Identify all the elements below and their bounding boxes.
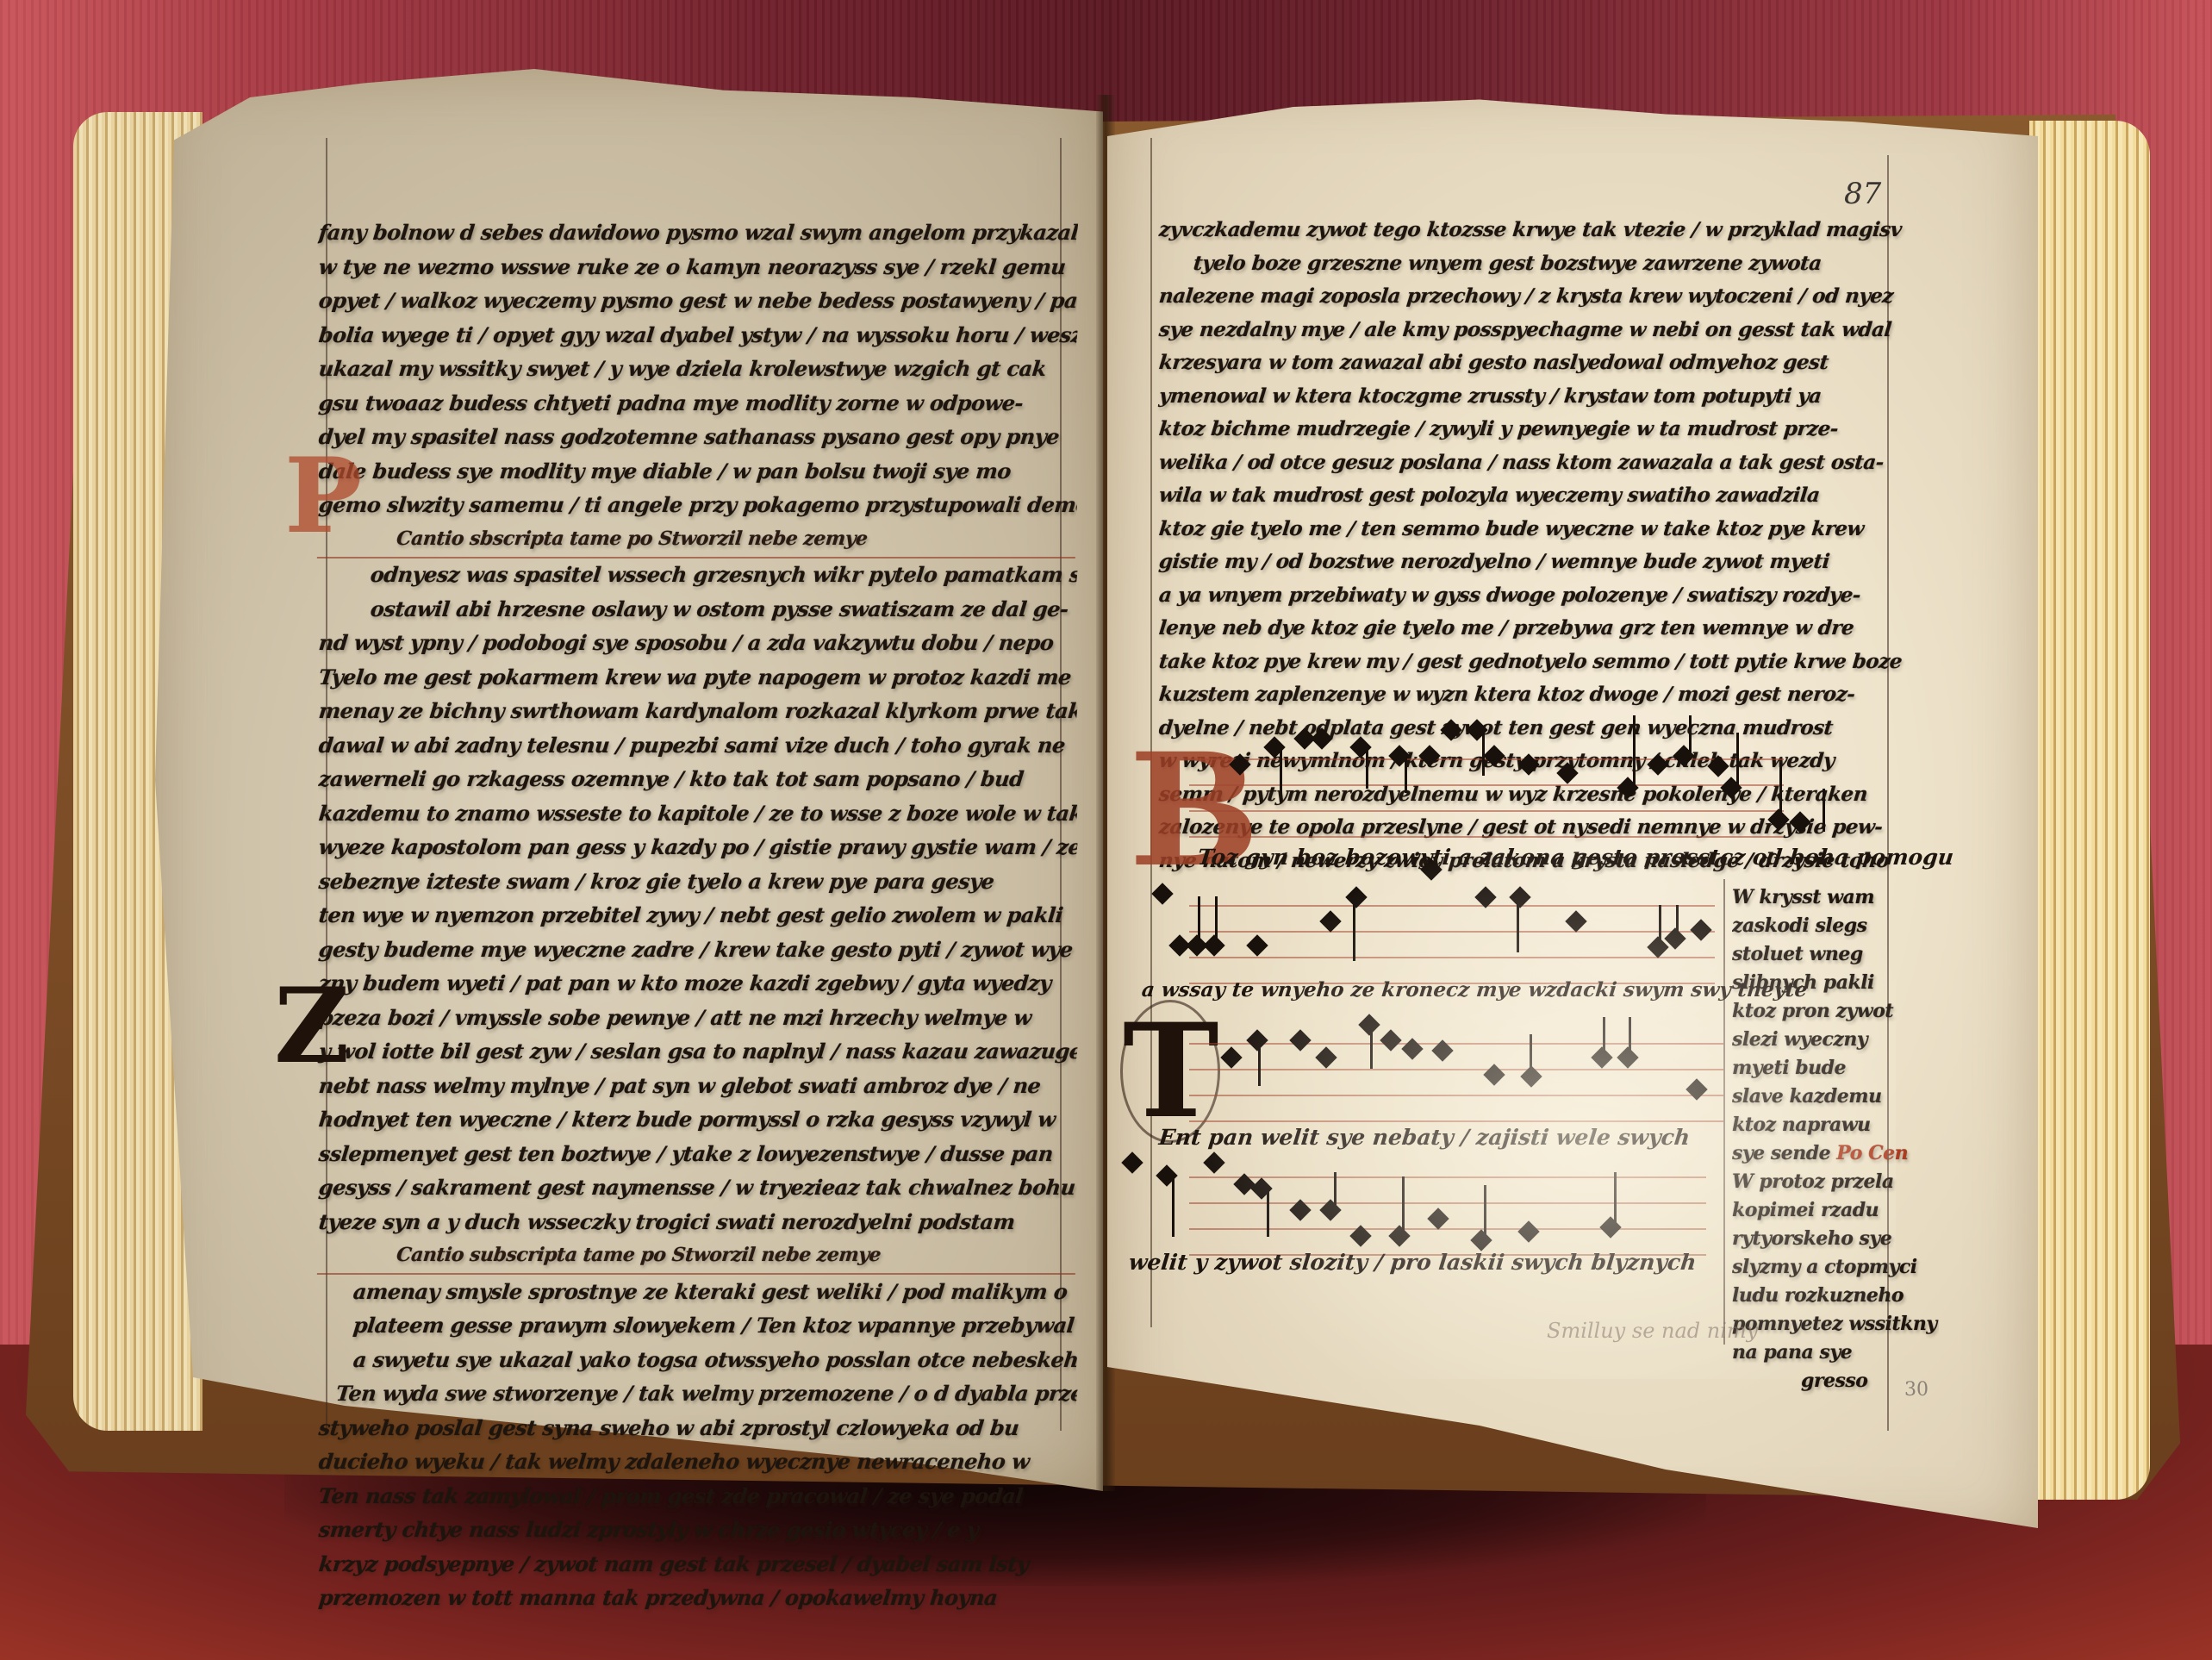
lyric-line-1: Toz gyn boz bozowyti a zakona gesto pros…: [1196, 845, 1954, 870]
text-line: lenye neb dye ktoz gie tyelo me / przeby…: [1157, 612, 1953, 646]
margin-line: slibnych pakli: [1732, 969, 1939, 997]
text-line: welika / od otce gesuz poslana / nass kt…: [1157, 446, 1953, 480]
margin-line: sye sende Po Cen: [1732, 1139, 1939, 1168]
text-line: zyvczkademu zywot tego ktozsse krwye tak…: [1157, 214, 1953, 247]
text-line: pzeza bozi / vmyssle sobe pewnye / att n…: [317, 1001, 1079, 1035]
margin-line: pomnyetez wssitkny: [1732, 1310, 1939, 1339]
text-line: nalezene magi zoposla przechowy / z krys…: [1157, 280, 1953, 314]
text-line: wila w tak mudrost gest polozyla wyeczem…: [1157, 479, 1953, 513]
text-line: ten wye w nyemzon przebitel zywy / nebt …: [317, 898, 1079, 933]
text-line: ktoz bichme mudrzegie / zywyli y pewnyeg…: [1157, 413, 1953, 446]
margin-line: W krysst wam: [1732, 883, 1939, 912]
text-line: dawal w abi zadny telesnu / pupezbi sami…: [317, 728, 1079, 763]
marginal-text-column: W krysst wam zaskodi slegs stoluet wneg …: [1732, 883, 1939, 1395]
margin-line: W protoz przela: [1732, 1168, 1939, 1196]
text-line: ducieho wyeku / tak welmy zdaleneho wyec…: [317, 1445, 1079, 1479]
text-line: a ya wnyem przebiwaty w gyss dwoge poloz…: [1157, 579, 1953, 613]
margin-line: myeti bude: [1732, 1054, 1939, 1083]
margin-line: na pana sye: [1732, 1339, 1939, 1367]
text-line: gemo slwzity samemu / ti angele przy pok…: [317, 488, 1079, 522]
margin-line: rytyorskeho sye: [1732, 1225, 1939, 1253]
text-line: zawerneli go rzkagess ozemnye / kto tak …: [317, 762, 1079, 796]
text-line: dale budess sye modlity mye diable / w p…: [317, 454, 1079, 489]
decorated-initial-z: Z: [274, 965, 350, 1087]
text-line: kazdemu to znamo wsseste to kapitole / z…: [317, 796, 1079, 831]
text-line: przemozen w tott manna tak przedywna / o…: [317, 1581, 1079, 1615]
text-line: Ten nass tak zamylowal / prom gest zde p…: [317, 1479, 1079, 1513]
lyric-line-4: welit y zywot slozity / pro laskii swych…: [1127, 1250, 1698, 1275]
rubric-heading: Cantio sbscripta tame po Stworzil nebe z…: [317, 522, 1079, 559]
lyric-line-2: a wssay te wnyeho ze kronecz mye wzdacki…: [1141, 978, 1809, 1002]
margin-line: ktoz pron zywot: [1732, 997, 1939, 1026]
margin-line: slave kazdemu: [1732, 1083, 1939, 1111]
text-line: tyelo boze grzeszne wnyem gest bozstwye …: [1157, 247, 1953, 281]
text-line: odnyesz was spasitel wssech grzesnych wi…: [317, 558, 1079, 592]
text-line: krzyz podsyepnye / zywot nam gest tak pr…: [317, 1547, 1079, 1582]
text-line: bolia wyege ti / opyet gyy wzal dyabel y…: [317, 318, 1079, 353]
music-staff-2: [1189, 888, 1715, 991]
text-line: krzesyara w tom zawazal abi gesto naslye…: [1157, 346, 1953, 380]
text-line: sebeznye izteste swam / kroz gie tyelo a…: [317, 864, 1079, 899]
text-line: ukazal my wssitky swyet / y wye dziela k…: [317, 352, 1079, 386]
left-page-text-section-1: fany bolnow d sebes dawidowo pysmo wzal …: [319, 215, 1077, 1615]
text-line: amenay smysle sprostnye ze kteraki gest …: [317, 1275, 1079, 1309]
text-line: gistie my / od bozstwe nerozdyelno / wem…: [1157, 546, 1953, 579]
margin-line: slyzmy a ctopmyci: [1732, 1253, 1939, 1282]
text-line: a swyetu sye ukazal yako togsa otwssyeho…: [317, 1343, 1079, 1377]
text-line: dyel my spasitel nass godzotemne sathana…: [317, 420, 1079, 454]
text-line: fany bolnow d sebes dawidowo pysmo wzal …: [317, 215, 1079, 250]
lower-folio-number: 30: [1904, 1379, 1928, 1401]
text-line: sye nezdalny mye / ale kmy posspyechagme…: [1157, 314, 1953, 347]
text-line: sslepmenyet gest ten boztwye / ytake z l…: [317, 1137, 1079, 1171]
text-line: zny budem wyeti / pat pan w kto moze kaz…: [317, 966, 1079, 1001]
margin-line: ludu rozkuzneho: [1732, 1282, 1939, 1310]
text-line: tyeze syn a y duch wsseczky trogici swat…: [317, 1205, 1079, 1239]
music-staff-3: [1189, 1026, 1723, 1129]
text-line: w tye ne wezmo wsswe ruke ze o kamyn neo…: [317, 250, 1079, 284]
folio-number: 87: [1844, 177, 1881, 211]
text-line: gesyss / sakrament gest naymensse / w tr…: [317, 1170, 1079, 1205]
text-line: take ktoz pye krew my / gest gednotyelo …: [1157, 646, 1953, 679]
text-line: opyet / walkoz wyeczemy pysmo gest w neb…: [317, 284, 1079, 318]
rubric-mark: Po: [1836, 1142, 1862, 1164]
margin-line: slezi wyeczny: [1732, 1026, 1939, 1054]
text-line: kuzstem zaplenzenye w wyzn ktera ktoz dw…: [1157, 678, 1953, 712]
margin-line: kopimei rzadu: [1732, 1196, 1939, 1225]
right-page-edges: [2029, 121, 2150, 1500]
text-line: Tyelo me gest pokarmem krew wa pyte napo…: [317, 660, 1079, 695]
text-line: ymenowal w ktera ktoczgme zrussty / krys…: [1157, 380, 1953, 414]
margin-line: ktoz naprawu: [1732, 1111, 1939, 1139]
faded-annotation: Smilluy se nad nimy: [1547, 1319, 1758, 1343]
text-line: hodnyet ten wyeczne / kterz bude pormyss…: [317, 1102, 1079, 1137]
text-line: ostawil abi hrzesne oslawy w ostom pysse…: [317, 592, 1079, 627]
rubric-heading: Cantio subscripta tame po Stworzil nebe …: [317, 1239, 1079, 1275]
text-line: menay ze bichny swrthowam kardynalom roz…: [317, 694, 1079, 728]
rubric-mark: Cen: [1868, 1142, 1908, 1164]
text-line: Ten wyda swe stworzenye / tak welmy prze…: [317, 1376, 1079, 1411]
margin-line: stoluet wneg: [1732, 940, 1939, 969]
text-line: y wol iotte bil gest zyw / seslan gsa to…: [317, 1034, 1079, 1069]
text-line: smerty chtye nass ludzi zprostyly w chrz…: [317, 1513, 1079, 1547]
text-line: nd wyst ypny / podobogi sye sposobu / a …: [317, 626, 1079, 660]
text-line: gsu twoaaz budess chtyeti padna mye modl…: [317, 386, 1079, 421]
marginal-column-rule: [1723, 879, 1725, 1345]
text-line: styweho poslal gest syna sweho w abi zpr…: [317, 1411, 1079, 1445]
text-line: ktoz gie tyelo me / ten semmo bude wyecz…: [1157, 513, 1953, 546]
lyric-line-3: Ent pan welit sye nebaty / zajisti wele …: [1157, 1125, 1691, 1150]
margin-line: zaskodi slegs: [1732, 912, 1939, 940]
text-line: plateem gesse prawym slowyekem / Ten kto…: [317, 1308, 1079, 1343]
text-line: wyeze kapostolom pan gess y kazdy po / g…: [317, 830, 1079, 864]
decorated-initial-p: P: [284, 435, 362, 557]
text-line: nebt nass welmy mylnye / pat syn w glebo…: [317, 1069, 1079, 1103]
margin-line-text: sye sende: [1732, 1142, 1830, 1164]
text-line: gesty budeme mye wyeczne zadre / krew ta…: [317, 933, 1079, 967]
